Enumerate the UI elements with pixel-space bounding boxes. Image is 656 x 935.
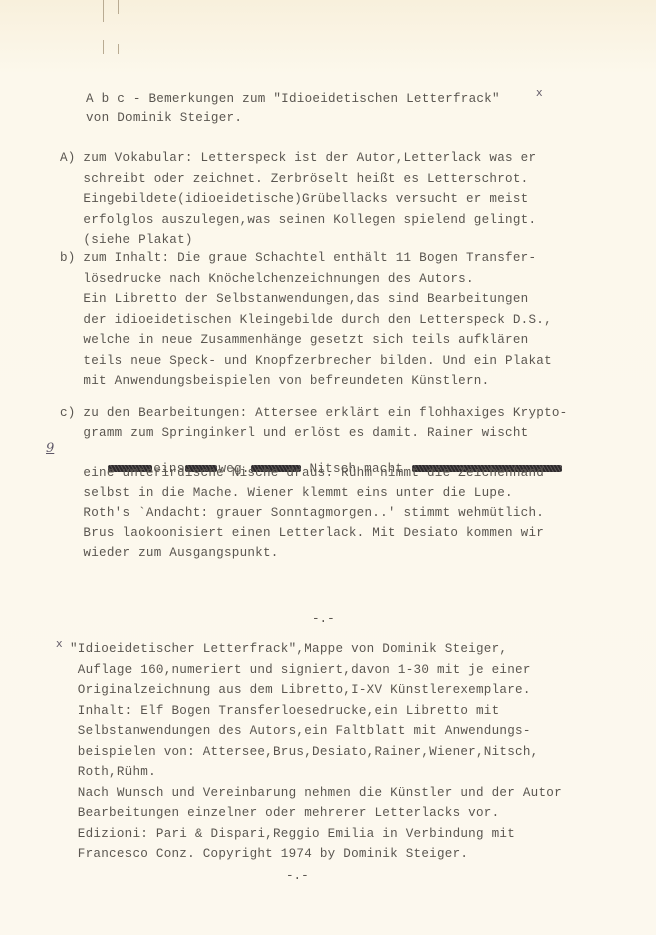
text-line: teils neue Speck- und Knopfzerbrecher bi… bbox=[60, 353, 552, 369]
end-separator: -.- bbox=[286, 869, 309, 883]
footnote-mark-icon: x bbox=[56, 637, 63, 650]
text-line: Francesco Conz. Copyright 1974 by Domini… bbox=[70, 846, 468, 862]
text-line: erfolglos auszulegen,was seinen Kollegen… bbox=[60, 212, 536, 228]
text-line: (siehe Plakat) bbox=[60, 232, 193, 248]
text-line: Originalzeichnung aus dem Libretto,I-XV … bbox=[70, 682, 531, 698]
title-line: A b c - Bemerkungen zum "Idioeidetischen… bbox=[86, 91, 500, 107]
text-line: eine unterirdische Nische draus. Rühm ni… bbox=[60, 465, 544, 481]
text-line: Edizioni: Pari & Dispari,Reggio Emilia i… bbox=[70, 826, 515, 842]
author-line: von Dominik Steiger. bbox=[86, 110, 242, 126]
text-line: b) zum Inhalt: Die graue Schachtel enthä… bbox=[60, 250, 536, 266]
text-line: Ein Libretto der Selbstanwendungen,das s… bbox=[60, 291, 528, 307]
text-line: A) zum Vokabular: Letterspeck ist der Au… bbox=[60, 150, 536, 166]
text-line: Inhalt: Elf Bogen Transferloesedrucke,ei… bbox=[70, 703, 499, 719]
text-line: "Idioeidetischer Letterfrack",Mappe von … bbox=[70, 641, 507, 657]
text-line: Auflage 160,numeriert und signiert,davon… bbox=[70, 662, 531, 678]
handwritten-margin-note: 9 bbox=[46, 441, 54, 456]
text-line: welche in neue Zusammenhänge gesetzt sic… bbox=[60, 332, 528, 348]
footnote-mark-icon: x bbox=[536, 86, 543, 99]
typewritten-page: A b c - Bemerkungen zum "Idioeidetischen… bbox=[0, 0, 656, 935]
text-line: gramm zum Springinkerl und erlöst es dam… bbox=[60, 425, 528, 441]
text-line: Selbstanwendungen des Autors,ein Faltbla… bbox=[70, 723, 531, 739]
text-line: Roth,Rühm. bbox=[70, 764, 156, 780]
text-line: schreibt oder zeichnet. Zerbröselt heißt… bbox=[60, 171, 528, 187]
text-line: Nach Wunsch und Vereinbarung nehmen die … bbox=[70, 785, 562, 801]
text-line: c) zu den Bearbeitungen: Attersee erklär… bbox=[60, 405, 568, 421]
text-line: Brus laokoonisiert einen Letterlack. Mit… bbox=[60, 525, 544, 541]
text-line: wieder zum Ausgangspunkt. bbox=[60, 545, 279, 561]
text-line: Bearbeitungen einzelner oder mehrerer Le… bbox=[70, 805, 499, 821]
punch-marks bbox=[100, 0, 130, 60]
text-line: lösedrucke nach Knöchelchenzeichnungen d… bbox=[60, 271, 474, 287]
text-line: selbst in die Mache. Wiener klemmt eins … bbox=[60, 485, 513, 501]
text-line: der idioeidetischen Kleingebilde durch d… bbox=[60, 312, 552, 328]
separator: -.- bbox=[312, 612, 335, 626]
text-line: mit Anwendungsbeispielen von befreundete… bbox=[60, 373, 489, 389]
text-line: Eingebildete(idioeidetische)Grübellacks … bbox=[60, 191, 528, 207]
text-line: beispielen von: Attersee,Brus,Desiato,Ra… bbox=[70, 744, 538, 760]
text-line: Roth's `Andacht: grauer Sonntagmorgen..'… bbox=[60, 505, 544, 521]
